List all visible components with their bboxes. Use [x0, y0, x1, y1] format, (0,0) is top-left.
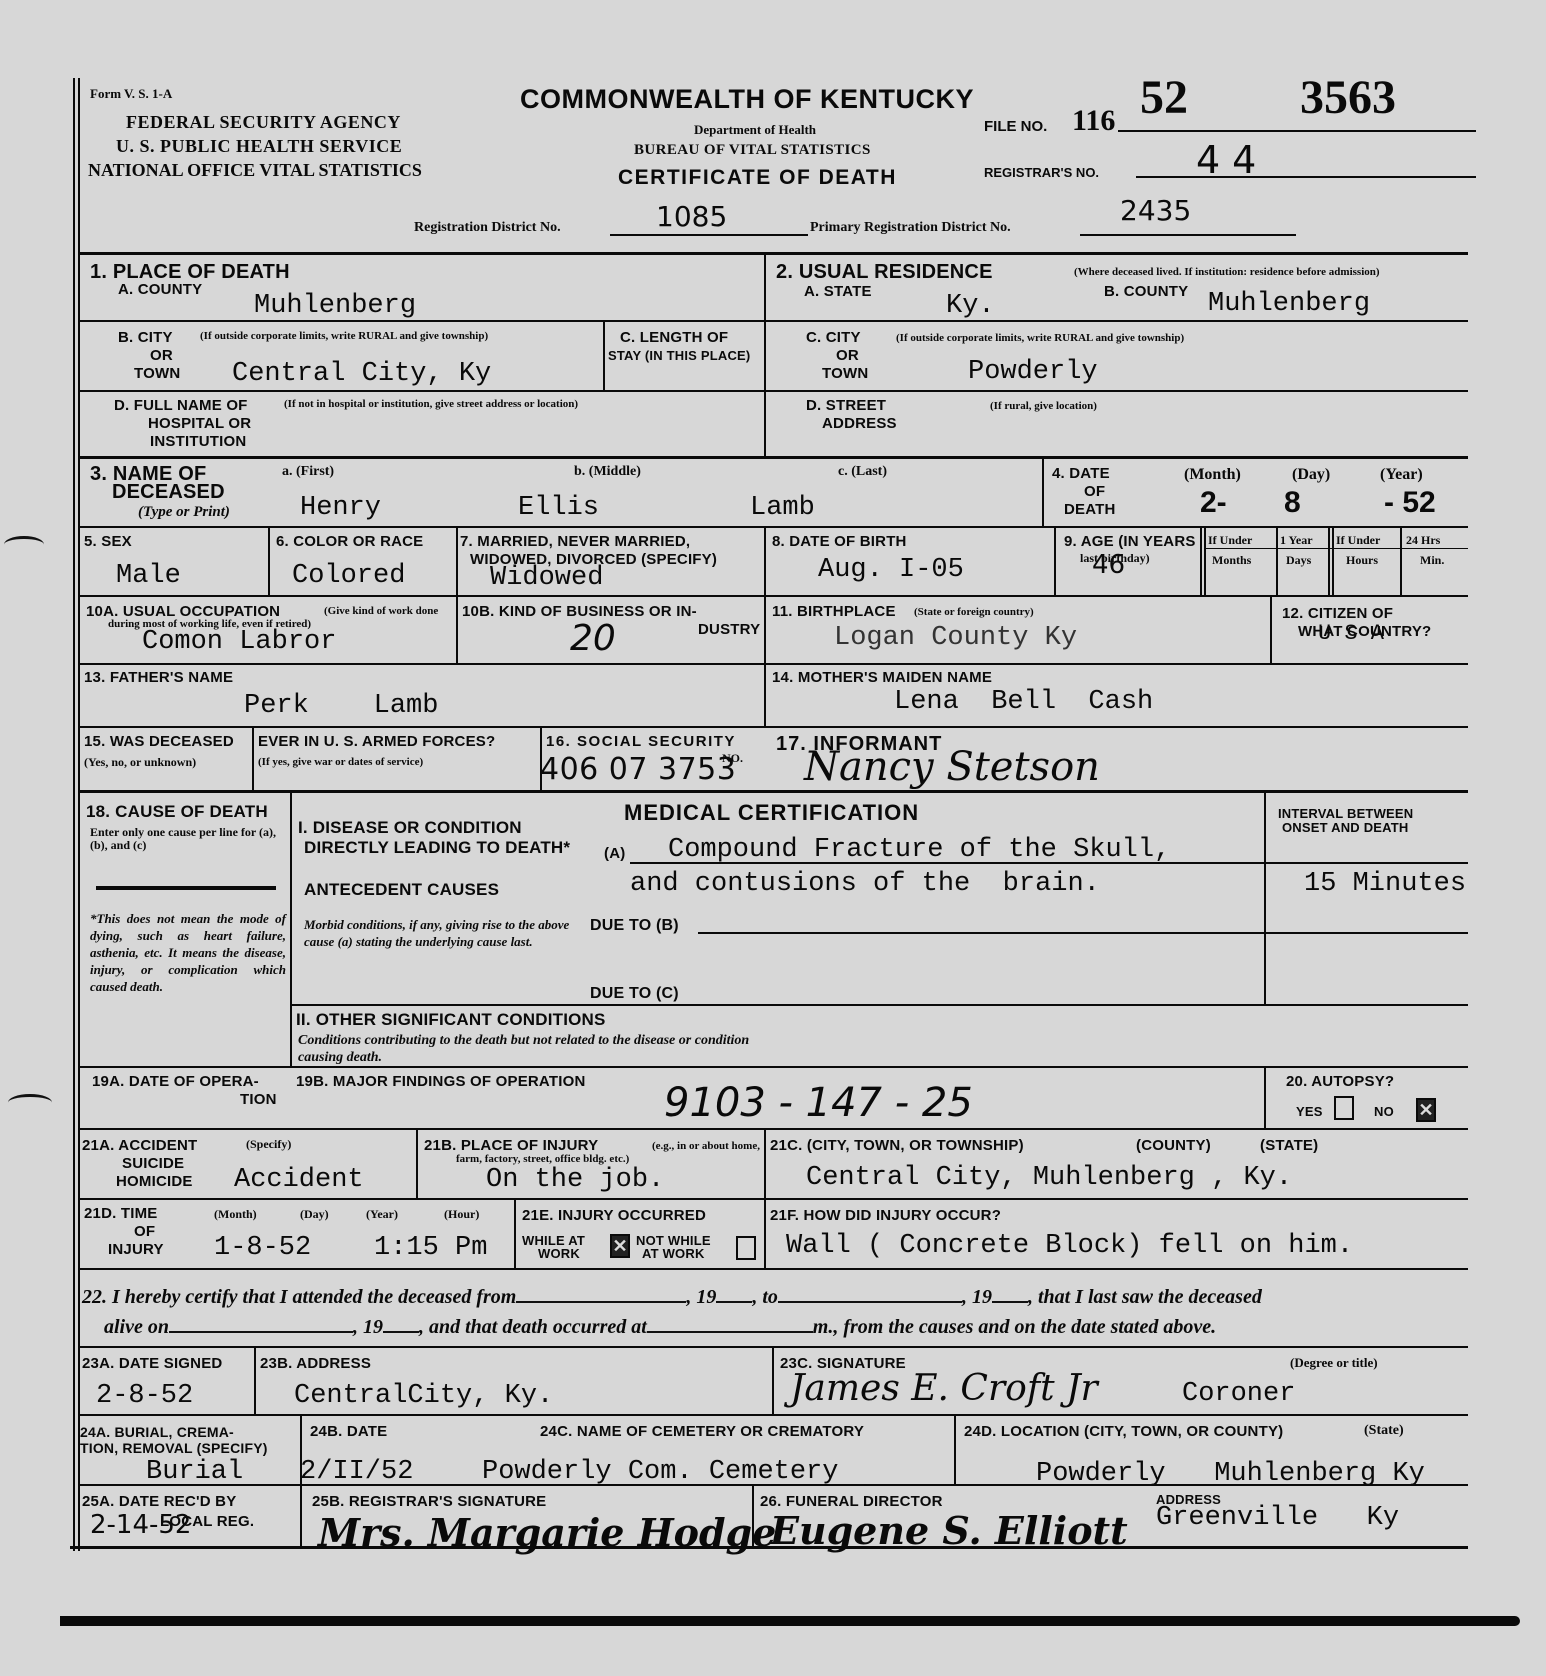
injury-state-label: (STATE) — [1260, 1138, 1318, 1154]
hospital-label: d. FULL NAME OF — [114, 398, 248, 414]
certify-text-1b: , 19 — [686, 1286, 716, 1308]
col-divider — [1042, 456, 1044, 526]
col-divider — [252, 726, 254, 790]
rule — [290, 1004, 1468, 1006]
residence-county-label: b. COUNTY — [1104, 284, 1188, 300]
burial-date-value: 2/II/52 — [300, 1458, 413, 1486]
injury-how-value: Wall ( Concrete Block) fell on him. — [786, 1232, 1353, 1260]
cause-a-value-2: and contusions of the brain. — [630, 870, 1100, 898]
hospital-label-3: INSTITUTION — [150, 434, 246, 450]
residence-label: 2. USUAL RESIDENCE — [776, 262, 993, 282]
armed-label-2: EVER IN U. S. ARMED FORCES? — [258, 734, 495, 750]
autopsy-no-checkbox[interactable]: ✕ — [1416, 1098, 1436, 1122]
col-divider — [1054, 526, 1056, 595]
race-label: 6. COLOR OR RACE — [276, 534, 423, 550]
injury-type-label: 21a. ACCIDENT — [82, 1138, 197, 1154]
due-c-label: DUE TO (c) — [590, 986, 679, 1002]
injury-type-value: Accident — [234, 1166, 364, 1194]
department: Department of Health — [694, 122, 816, 138]
time-blank[interactable] — [647, 1331, 813, 1333]
death-city-value: Central City, Ky — [232, 360, 491, 388]
armed-label: 15. WAS DECEASED — [84, 734, 234, 750]
rule — [78, 1268, 1468, 1270]
registrar-signature: Mrs. Margarie Hodge — [318, 1510, 776, 1555]
street-label: d. STREET — [806, 398, 886, 414]
dod-year-value: - 52 — [1384, 486, 1436, 520]
rule — [78, 252, 1468, 255]
business-label-2: DUSTRY — [698, 622, 760, 638]
file-no-prefix: 116 — [1072, 104, 1115, 138]
birthplace-note: (State or foreign country) — [914, 606, 1034, 619]
rec-date-value: 2-14-52 — [90, 1510, 191, 1540]
col-divider — [772, 1346, 774, 1414]
op-date-label-2: TION — [240, 1092, 277, 1108]
stay-label-2: STAY (in this place) — [608, 348, 750, 364]
informant-signature: Nancy Stetson — [804, 744, 1100, 790]
injury-county-label: (COUNTY) — [1136, 1138, 1211, 1154]
col-divider — [1204, 526, 1206, 595]
alive-on-blank[interactable] — [169, 1331, 353, 1333]
reg-district-line — [610, 234, 808, 236]
last-name-value: Lamb — [750, 494, 815, 522]
registrar-no-line — [1136, 176, 1476, 178]
street-note: (If rural, give location) — [990, 400, 1097, 413]
col-divider — [764, 252, 766, 456]
rule — [78, 1066, 1468, 1068]
rule — [78, 790, 1468, 793]
file-no-line — [1118, 130, 1476, 132]
certify-text-2b: , 19 — [353, 1316, 383, 1338]
injury-year-label: (Year) — [366, 1208, 398, 1221]
col-divider — [1264, 790, 1266, 1004]
rule — [78, 595, 1468, 597]
rule — [78, 390, 1468, 392]
rule — [78, 1128, 1468, 1130]
last-name-label: c. (Last) — [838, 464, 887, 480]
agency-line-1: FEDERAL SECURITY AGENCY — [126, 112, 401, 133]
left-border-inner — [78, 78, 80, 1551]
min-label: Min. — [1420, 554, 1444, 567]
injury-month-label: (Month) — [214, 1208, 257, 1221]
middle-name-value: Ellis — [518, 494, 599, 522]
dod-month-value: 2- — [1200, 486, 1227, 520]
under-year-label: If Under — [1208, 534, 1252, 547]
dod-day-value: 8 — [1284, 486, 1301, 520]
primary-district-label: Primary Registration District No. — [810, 220, 1011, 236]
certify-text-1a: 22. I hereby certify that I attended the… — [82, 1286, 516, 1308]
year-blank-2[interactable] — [992, 1301, 1028, 1303]
certify-text-1d: , 19 — [962, 1286, 992, 1308]
injury-hour-label: (Hour) — [444, 1208, 479, 1221]
col-divider — [416, 1128, 418, 1198]
months-label: Months — [1212, 554, 1251, 567]
rule — [78, 663, 1468, 665]
days-label: Days — [1286, 554, 1311, 567]
certify-text-1e: , that I last saw the deceased — [1028, 1286, 1262, 1308]
injury-occurred-label: 21e. INJURY OCCURRED — [522, 1208, 706, 1224]
bottom-edge — [60, 1616, 1520, 1626]
sex-value: Male — [116, 562, 181, 590]
rec-date-label: 25a. DATE REC'D BY — [82, 1494, 236, 1510]
col-divider — [268, 526, 270, 595]
degree-value: Coroner — [1182, 1380, 1295, 1408]
certify-line-1: 22. I hereby certify that I attended the… — [82, 1286, 1262, 1309]
armed-note-2: (If yes, give war or dates of service) — [258, 756, 423, 769]
cause-a-label: (a) — [604, 846, 625, 862]
col-divider — [290, 790, 292, 1066]
father-label: 13. FATHER'S NAME — [84, 670, 233, 686]
year-blank[interactable] — [716, 1301, 752, 1303]
op-date-label: 19a. DATE OF OPERA- — [92, 1074, 259, 1090]
certify-text-2d: m., from the causes and on the date stat… — [813, 1316, 1216, 1338]
age-value: 46 — [1092, 550, 1125, 580]
sex-label: 5. SEX — [84, 534, 132, 550]
business-value: 20 — [570, 618, 616, 659]
col-divider — [954, 1414, 956, 1484]
stay-label: c. LENGTH OF — [620, 330, 728, 346]
injury-location-label: 21c. (CITY, TOWN, OR TOWNSHIP) — [770, 1138, 1024, 1154]
disposition-label-2: TION, REMOVAL (Specify) — [80, 1440, 268, 1456]
injury-place-value: On the job. — [486, 1166, 664, 1194]
address-value: CentralCity, Ky. — [294, 1382, 553, 1410]
reg-district-number: 1085 — [656, 200, 727, 233]
col-divider — [1270, 595, 1272, 663]
residence-city-town: TOWN — [822, 366, 868, 382]
dod-label-3: DEATH — [1064, 502, 1116, 518]
date-signed-value: 2-8-52 — [96, 1382, 193, 1410]
due-b-label: DUE TO (b) — [590, 918, 679, 934]
col-divider — [764, 526, 766, 726]
rule — [1204, 548, 1468, 549]
certify-text-1c: , to — [752, 1286, 778, 1308]
from-blank[interactable] — [516, 1301, 686, 1303]
primary-district-number: 2435 — [1120, 194, 1191, 227]
reg-district-label: Registration District No. — [414, 220, 561, 236]
under-day-label-2: 24 Hrs — [1406, 534, 1440, 547]
medical-title: MEDICAL CERTIFICATION — [624, 800, 919, 826]
form-number: Form V. S. 1-A — [90, 86, 172, 102]
death-county-label: a. COUNTY — [118, 282, 202, 298]
marital-label: 7. MARRIED, NEVER MARRIED, — [460, 534, 690, 550]
bureau: BUREAU OF VITAL STATISTICS — [634, 142, 871, 159]
death-city-or: OR — [150, 348, 173, 364]
residence-county-value: Muhlenberg — [1208, 290, 1370, 318]
death-certificate: Form V. S. 1-A FEDERAL SECURITY AGENCY U… — [0, 0, 1546, 1676]
mother-label: 14. MOTHER'S MAIDEN NAME — [772, 670, 992, 686]
middle-name-label: b. (Middle) — [574, 464, 641, 480]
rule — [78, 1198, 1468, 1200]
col-divider — [603, 320, 605, 390]
agency-line-2: U. S. PUBLIC HEALTH SERVICE — [116, 136, 402, 157]
rule — [96, 886, 276, 890]
disease-label: I. DISEASE OR CONDITION — [298, 820, 522, 836]
cause-footnote: *This does not mean the mode of dying, s… — [90, 910, 286, 995]
burial-location-label: 24d. LOCATION (City, town, or county) — [964, 1424, 1283, 1440]
col-divider — [456, 526, 458, 595]
rule — [698, 932, 1264, 934]
death-city-town: TOWN — [134, 366, 180, 382]
col-divider — [1328, 526, 1330, 595]
injury-time-label-3: INJURY — [108, 1242, 164, 1258]
funeral-director-signature: Eugene S. Elliott — [770, 1508, 1128, 1553]
morbid-note: Morbid conditions, if any, giving rise t… — [304, 916, 570, 950]
burial-date-label: 24b. DATE — [310, 1424, 387, 1440]
hours-label: Hours — [1346, 554, 1378, 567]
dob-label: 8. DATE OF BIRTH — [772, 534, 907, 550]
citizen-value: U S A — [1318, 620, 1384, 648]
place-of-death-label: 1. PLACE OF DEATH — [90, 262, 290, 282]
while-at-work-checkbox[interactable]: ✕ — [610, 1234, 630, 1258]
mother-value: Lena Bell Cash — [894, 688, 1153, 716]
injury-hour-value: 1:15 Pm — [374, 1234, 487, 1262]
file-no-label: FILE NO. — [984, 118, 1047, 135]
certificate-title: CERTIFICATE OF DEATH — [618, 166, 897, 190]
dod-month-label: (Month) — [1184, 466, 1241, 484]
cause-label: 18. CAUSE OF DEATH — [86, 804, 268, 820]
father-value: Perk Lamb — [244, 692, 438, 720]
not-at-work-checkbox[interactable] — [736, 1236, 756, 1260]
margin-mark-top — [4, 536, 44, 553]
year-blank-3[interactable] — [383, 1331, 419, 1333]
certify-line-2: alive on, 19, and that death occurred at… — [104, 1316, 1216, 1339]
residence-state-value: Ky. — [946, 292, 995, 320]
col-divider — [764, 1128, 766, 1268]
birthplace-value: Logan County Ky — [834, 624, 1077, 652]
to-blank[interactable] — [778, 1301, 962, 1303]
street-label-2: ADDRESS — [822, 416, 897, 432]
autopsy-yes-label: YES — [1296, 1104, 1323, 1120]
col-divider — [1332, 526, 1334, 595]
ssn-label: 16. SOCIAL SECURITY — [546, 734, 736, 750]
first-name-value: Henry — [300, 494, 381, 522]
rule — [78, 456, 1468, 459]
death-city-note: (If outside corporate limits, write RURA… — [200, 330, 596, 343]
cemetery-value: Powderly Com. Cemetery — [482, 1458, 838, 1486]
address-label: 23b. ADDRESS — [260, 1356, 371, 1372]
certify-text-2c: , and that death occurred at — [419, 1316, 647, 1338]
death-city-label: b. CITY — [118, 330, 173, 346]
col-divider — [254, 1346, 256, 1414]
col-divider — [1264, 1066, 1266, 1128]
residence-city-or: OR — [836, 348, 859, 364]
race-value: Colored — [292, 562, 405, 590]
injury-how-label: 21f. HOW DID INJURY OCCUR? — [770, 1208, 1001, 1224]
file-no-year: 52 — [1140, 70, 1188, 125]
registrar-signature-label: 25b. REGISTRAR'S SIGNATURE — [312, 1494, 546, 1510]
registrar-no-label: REGISTRAR'S NO. — [984, 165, 1099, 180]
certify-text-2a: alive on — [104, 1316, 169, 1338]
deceased-label-2: DECEASED — [112, 482, 225, 502]
col-divider — [1276, 526, 1278, 595]
col-divider — [456, 595, 458, 663]
antecedent-label: ANTECEDENT CAUSES — [304, 882, 499, 898]
disposition-value: Burial — [146, 1458, 243, 1486]
injury-location-value: Central City, Muhlenberg , Ky. — [806, 1164, 1292, 1192]
dod-label-2: OF — [1084, 484, 1105, 500]
burial-location-value: Powderly Muhlenberg Ky — [1036, 1460, 1425, 1488]
under-day-label: If Under — [1336, 534, 1380, 547]
residence-note: (Where deceased lived. If institution: r… — [1074, 266, 1466, 279]
interval-value: 15 Minutes — [1304, 870, 1466, 898]
degree-label: (Degree or title) — [1290, 1356, 1378, 1369]
col-divider — [514, 1198, 516, 1268]
burial-state-label: (State) — [1364, 1424, 1404, 1437]
residence-city-value: Powderly — [968, 358, 1098, 386]
interval-label-2: ONSET AND DEATH — [1282, 820, 1409, 836]
cause-note: Enter only one cause per line for (a), (… — [90, 826, 286, 852]
injury-time-label-2: OF — [134, 1224, 155, 1240]
other-conditions-note: Conditions contributing to the death but… — [298, 1032, 758, 1066]
injury-date-value: 1-8-52 — [214, 1234, 311, 1262]
cemetery-label: 24c. NAME OF CEMETERY OR CREMATORY — [540, 1424, 864, 1440]
rule — [1264, 932, 1468, 934]
disposition-label: 24a. BURIAL, CREMA- — [80, 1424, 234, 1440]
document-title: COMMONWEALTH OF KENTUCKY — [520, 84, 974, 115]
autopsy-label: 20. AUTOPSY? — [1286, 1074, 1394, 1090]
date-signed-label: 23a. DATE SIGNED — [82, 1356, 222, 1372]
injury-specify-label: (Specify) — [246, 1138, 291, 1151]
dod-year-label: (Year) — [1380, 466, 1423, 484]
rule — [78, 1414, 1468, 1416]
injury-day-label: (Day) — [300, 1208, 329, 1221]
injury-type-label-2: SUICIDE — [122, 1156, 184, 1172]
hospital-note: (If not in hospital or institution, give… — [284, 398, 744, 411]
hospital-label-2: HOSPITAL OR — [148, 416, 251, 432]
age-label: 9. AGE (In years — [1064, 534, 1196, 550]
armed-note: (Yes, no, or unknown) — [84, 756, 196, 769]
agency-line-3: NATIONAL OFFICE VITAL STATISTICS — [88, 160, 422, 181]
file-no-number: 3563 — [1300, 70, 1396, 125]
dob-value: Aug. I-05 — [818, 556, 964, 584]
injury-place-note: (e.g., in or about home, farm, factory, … — [456, 1140, 762, 1166]
dod-day-label: (Day) — [1292, 466, 1330, 484]
op-findings-value: 9103 - 147 - 25 — [664, 1080, 973, 1126]
cause-a-value: Compound Fracture of the Skull, — [668, 836, 1170, 864]
deceased-label-3: (Type or Print) — [138, 504, 230, 521]
while-work-label-2: WORK — [538, 1247, 580, 1260]
coroner-signature: James E. Croft Jr — [790, 1368, 1098, 1409]
residence-city-note: (If outside corporate limits, write RURA… — [896, 332, 1184, 345]
autopsy-yes-checkbox[interactable] — [1334, 1096, 1354, 1120]
marital-value: Widowed — [490, 564, 603, 592]
residence-state-label: a. STATE — [804, 284, 872, 300]
death-county-value: Muhlenberg — [254, 292, 416, 320]
birthplace-label: 11. BIRTHPLACE — [772, 604, 896, 620]
autopsy-no-label: NO — [1374, 1104, 1394, 1120]
left-border — [73, 78, 75, 1551]
primary-district-line — [1080, 234, 1296, 236]
occupation-value: Comon Labror — [142, 628, 336, 656]
col-divider — [1200, 526, 1202, 595]
injury-time-label: 21d. TIME — [84, 1206, 157, 1222]
rule — [78, 526, 1468, 528]
residence-city-label: c. CITY — [806, 330, 861, 346]
margin-mark-bottom — [8, 1094, 52, 1111]
first-name-label: a. (First) — [282, 464, 334, 480]
ssn-value: 406 07 3753 — [540, 752, 736, 787]
dod-label: 4. DATE — [1052, 466, 1110, 482]
other-conditions-label: II. OTHER SIGNIFICANT CONDITIONS — [296, 1012, 606, 1028]
disease-label-2: DIRECTLY LEADING TO DEATH* — [304, 840, 570, 856]
rule — [78, 726, 1468, 728]
not-work-label-2: AT WORK — [642, 1247, 705, 1260]
col-divider — [1400, 526, 1402, 595]
op-findings-label: 19b. MAJOR FINDINGS OF OPERATION — [296, 1074, 585, 1090]
injury-type-label-3: HOMICIDE — [116, 1174, 193, 1190]
director-address-value: Greenville Ky — [1156, 1504, 1399, 1532]
under-year-label-2: 1 Year — [1280, 534, 1313, 547]
